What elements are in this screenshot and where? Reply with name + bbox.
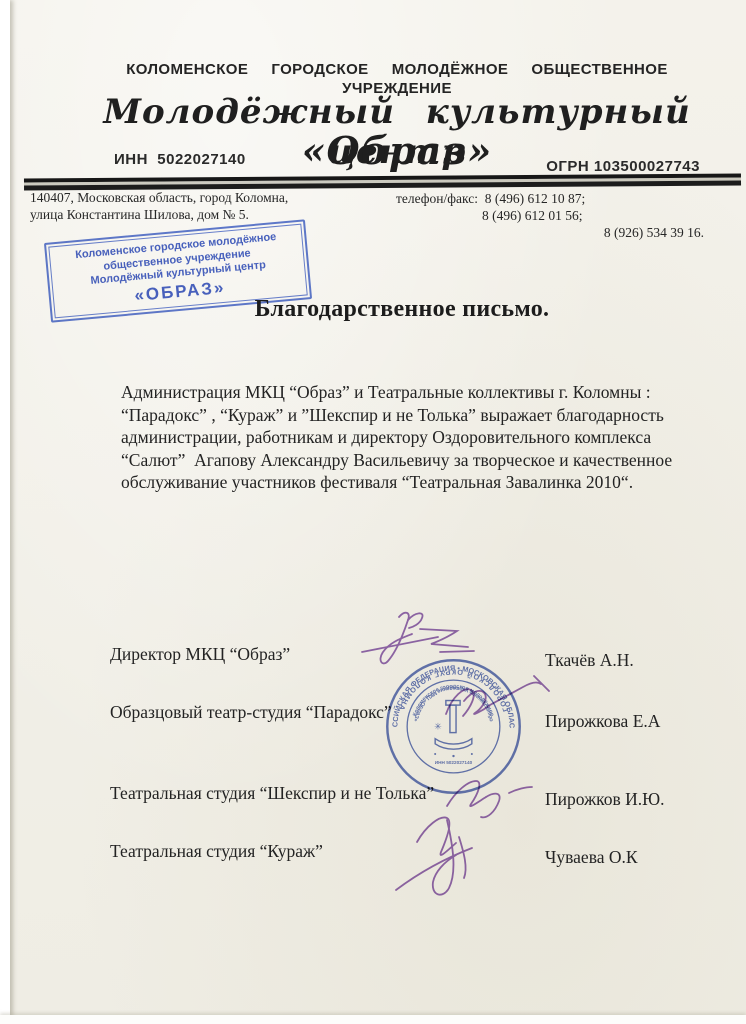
signature-scribble-pirozhkov (447, 781, 532, 817)
signature-scribble-director (362, 613, 474, 664)
signature-scribble-chuvaeva (396, 818, 472, 895)
signature-scribble-pirozhkova (446, 676, 549, 716)
handwritten-signatures (0, 0, 746, 1024)
scanned-letter-page: КОЛОМЕНСКОЕ ГОРОДСКОЕ МОЛОДЁЖНОЕ ОБЩЕСТВ… (0, 0, 746, 1024)
